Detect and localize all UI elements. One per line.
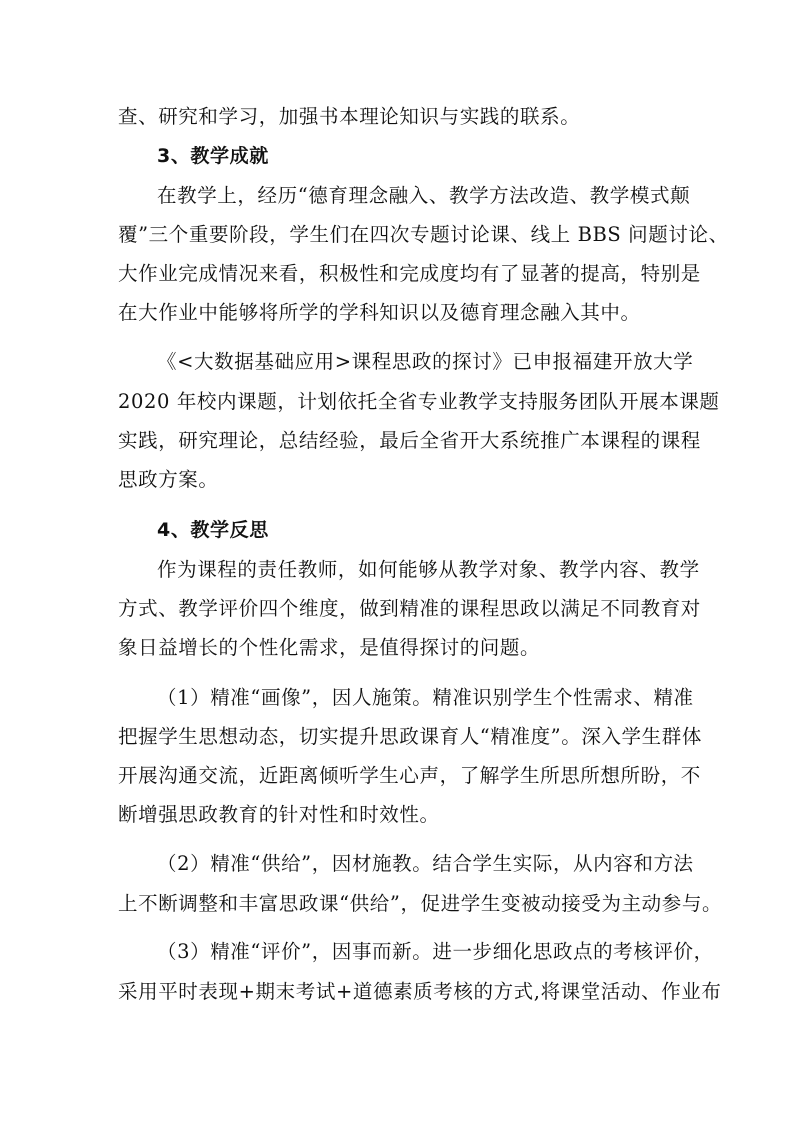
paragraph-line: 实践，研究理论，总结经验，最后全省开大系统推广本课程的课程: [118, 429, 676, 453]
paragraph-line: 把握学生思想动态，切实提升思政课育人“精准度”。深入学生群体: [118, 725, 676, 749]
paragraph-line: 在教学上，经历“德育理念融入、教学方法改造、教学模式颠: [157, 184, 676, 208]
paragraph-line: 查、研究和学习，加强书本理论知识与实践的联系。: [118, 105, 678, 129]
section-heading: 4、教学反思: [157, 518, 717, 542]
paragraph-line: 思政方案。: [118, 468, 678, 492]
paragraph-line: 大作业完成情况来看，积极性和完成度均有了显著的提高，特别是: [118, 262, 676, 286]
paragraph-line: （1）精准“画像”，因人施策。精准识别学生个性需求、精准: [157, 686, 676, 710]
paragraph-line: 作为课程的责任教师，如何能够从教学对象、教学内容、教学: [157, 558, 676, 582]
paragraph-line: 断增强思政教育的针对性和时效性。: [118, 803, 678, 827]
paragraph-line: 采用平时表现+期末考试+道德素质考核的方式,将课堂活动、作业布: [118, 980, 676, 1004]
paragraph-line: 《<大数据基础应用>课程思政的探讨》已申报福建开放大学: [157, 350, 676, 374]
paragraph-line: 方式、教学评价四个维度，做到精准的课程思政以满足不同教育对: [118, 597, 676, 621]
paragraph-line: 象日益增长的个性化需求，是值得探讨的问题。: [118, 636, 678, 660]
paragraph-line: 上不断调整和丰富思政课“供给”，促进学生变被动接受为主动参与。: [118, 892, 676, 916]
paragraph-line: 开展沟通交流，近距离倾听学生心声，了解学生所思所想所盼，不: [118, 764, 676, 788]
paragraph-line: （3）精准“评价”，因事而新。进一步细化思政点的考核评价，: [157, 940, 676, 964]
document-page: 查、研究和学习，加强书本理论知识与实践的联系。3、教学成就在教学上，经历“德育理…: [0, 0, 794, 1123]
paragraph-line: （2）精准“供给”，因材施教。结合学生实际，从内容和方法: [157, 852, 676, 876]
section-heading: 3、教学成就: [157, 144, 717, 168]
paragraph-line: 在大作业中能够将所学的学科知识以及德育理念融入其中。: [118, 301, 678, 325]
paragraph-line: 2020 年校内课题，计划依托全省专业教学支持服务团队开展本课题: [118, 390, 676, 414]
paragraph-line: 覆”三个重要阶段，学生们在四次专题讨论课、线上 BBS 问题讨论、: [118, 223, 676, 247]
